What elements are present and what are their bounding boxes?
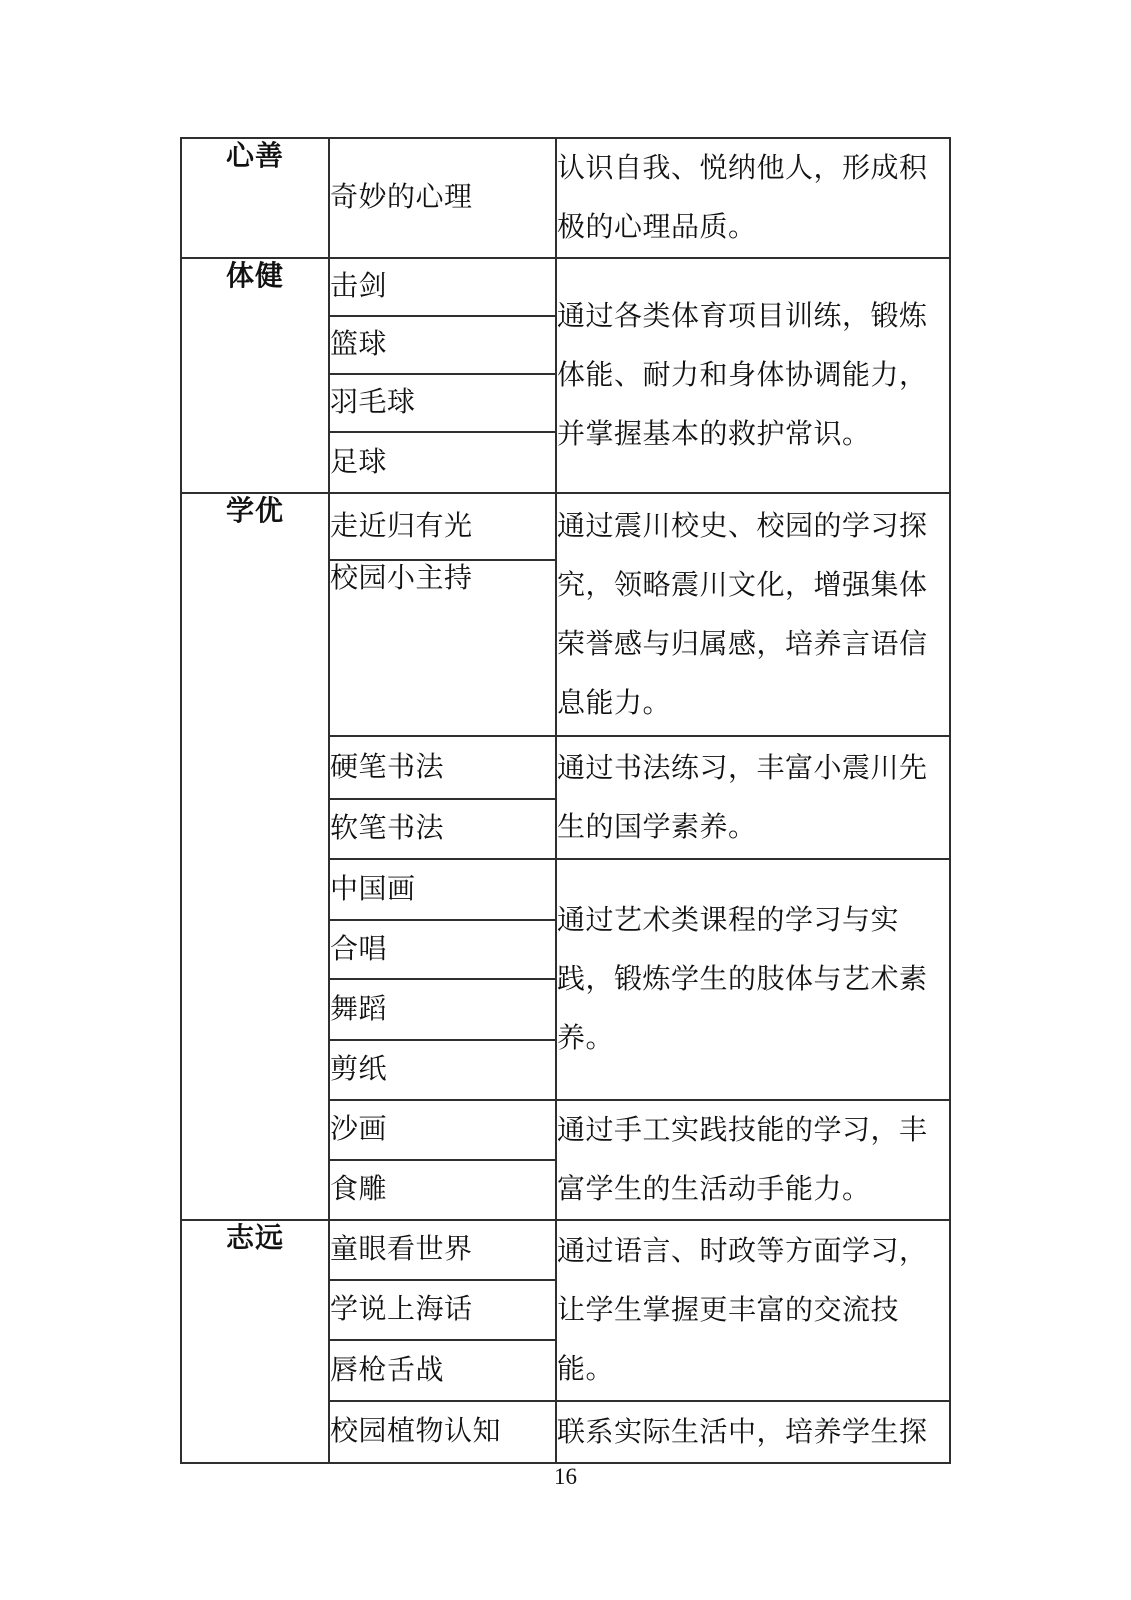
category-cell: 体健 — [181, 258, 329, 493]
description-cell: 通过震川校史、校园的学习探 究，领略震川文化，增强集体 荣誉感与归属感，培养言语… — [556, 493, 950, 736]
course-cell: 沙画 — [329, 1100, 556, 1160]
course-cell: 食雕 — [329, 1160, 556, 1220]
course-cell: 校园小主持 — [329, 560, 556, 736]
description-cell: 通过各类体育项目训练，锻炼 体能、耐力和身体协调能力， 并掌握基本的救护常识。 — [556, 258, 950, 493]
course-cell: 走近归有光 — [329, 493, 556, 560]
course-cell: 合唱 — [329, 920, 556, 979]
course-cell: 硬笔书法 — [329, 736, 556, 799]
course-cell: 中国画 — [329, 859, 556, 920]
course-cell: 软笔书法 — [329, 799, 556, 859]
category-cell: 学优 — [181, 493, 329, 1220]
description-cell: 联系实际生活中，培养学生探 — [556, 1401, 950, 1463]
course-cell: 学说上海话 — [329, 1280, 556, 1340]
category-cell: 心善 — [181, 138, 329, 258]
course-cell: 击剑 — [329, 258, 556, 316]
course-cell: 童眼看世界 — [329, 1220, 556, 1280]
course-cell: 足球 — [329, 432, 556, 493]
curriculum-table: 心善 奇妙的心理 认识自我、悦纳他人，形成积 极的心理品质。 体健 击剑 通过各… — [180, 137, 951, 1464]
description-cell: 认识自我、悦纳他人，形成积 极的心理品质。 — [556, 138, 950, 258]
course-cell: 篮球 — [329, 316, 556, 374]
course-cell: 剪纸 — [329, 1040, 556, 1100]
course-cell: 唇枪舌战 — [329, 1340, 556, 1401]
curriculum-table-container: 心善 奇妙的心理 认识自我、悦纳他人，形成积 极的心理品质。 体健 击剑 通过各… — [180, 137, 951, 1464]
description-cell: 通过艺术类课程的学习与实 践，锻炼学生的肢体与艺术素 养。 — [556, 859, 950, 1100]
course-cell: 校园植物认知 — [329, 1401, 556, 1463]
description-cell: 通过手工实践技能的学习，丰 富学生的生活动手能力。 — [556, 1100, 950, 1220]
table-row: 心善 奇妙的心理 认识自我、悦纳他人，形成积 极的心理品质。 — [181, 138, 950, 258]
course-cell: 舞蹈 — [329, 979, 556, 1040]
description-cell: 通过语言、时政等方面学习， 让学生掌握更丰富的交流技 能。 — [556, 1220, 950, 1401]
course-cell: 羽毛球 — [329, 374, 556, 432]
page-number: 16 — [0, 1463, 1131, 1491]
table-row: 志远 童眼看世界 通过语言、时政等方面学习， 让学生掌握更丰富的交流技 能。 — [181, 1220, 950, 1280]
table-row: 学优 走近归有光 通过震川校史、校园的学习探 究，领略震川文化，增强集体 荣誉感… — [181, 493, 950, 560]
description-cell: 通过书法练习，丰富小震川先 生的国学素养。 — [556, 736, 950, 859]
table-row: 体健 击剑 通过各类体育项目训练，锻炼 体能、耐力和身体协调能力， 并掌握基本的… — [181, 258, 950, 316]
course-cell: 奇妙的心理 — [329, 138, 556, 258]
document-page: { "page": { "number": "16" }, "table": {… — [0, 0, 1131, 1600]
category-cell: 志远 — [181, 1220, 329, 1463]
